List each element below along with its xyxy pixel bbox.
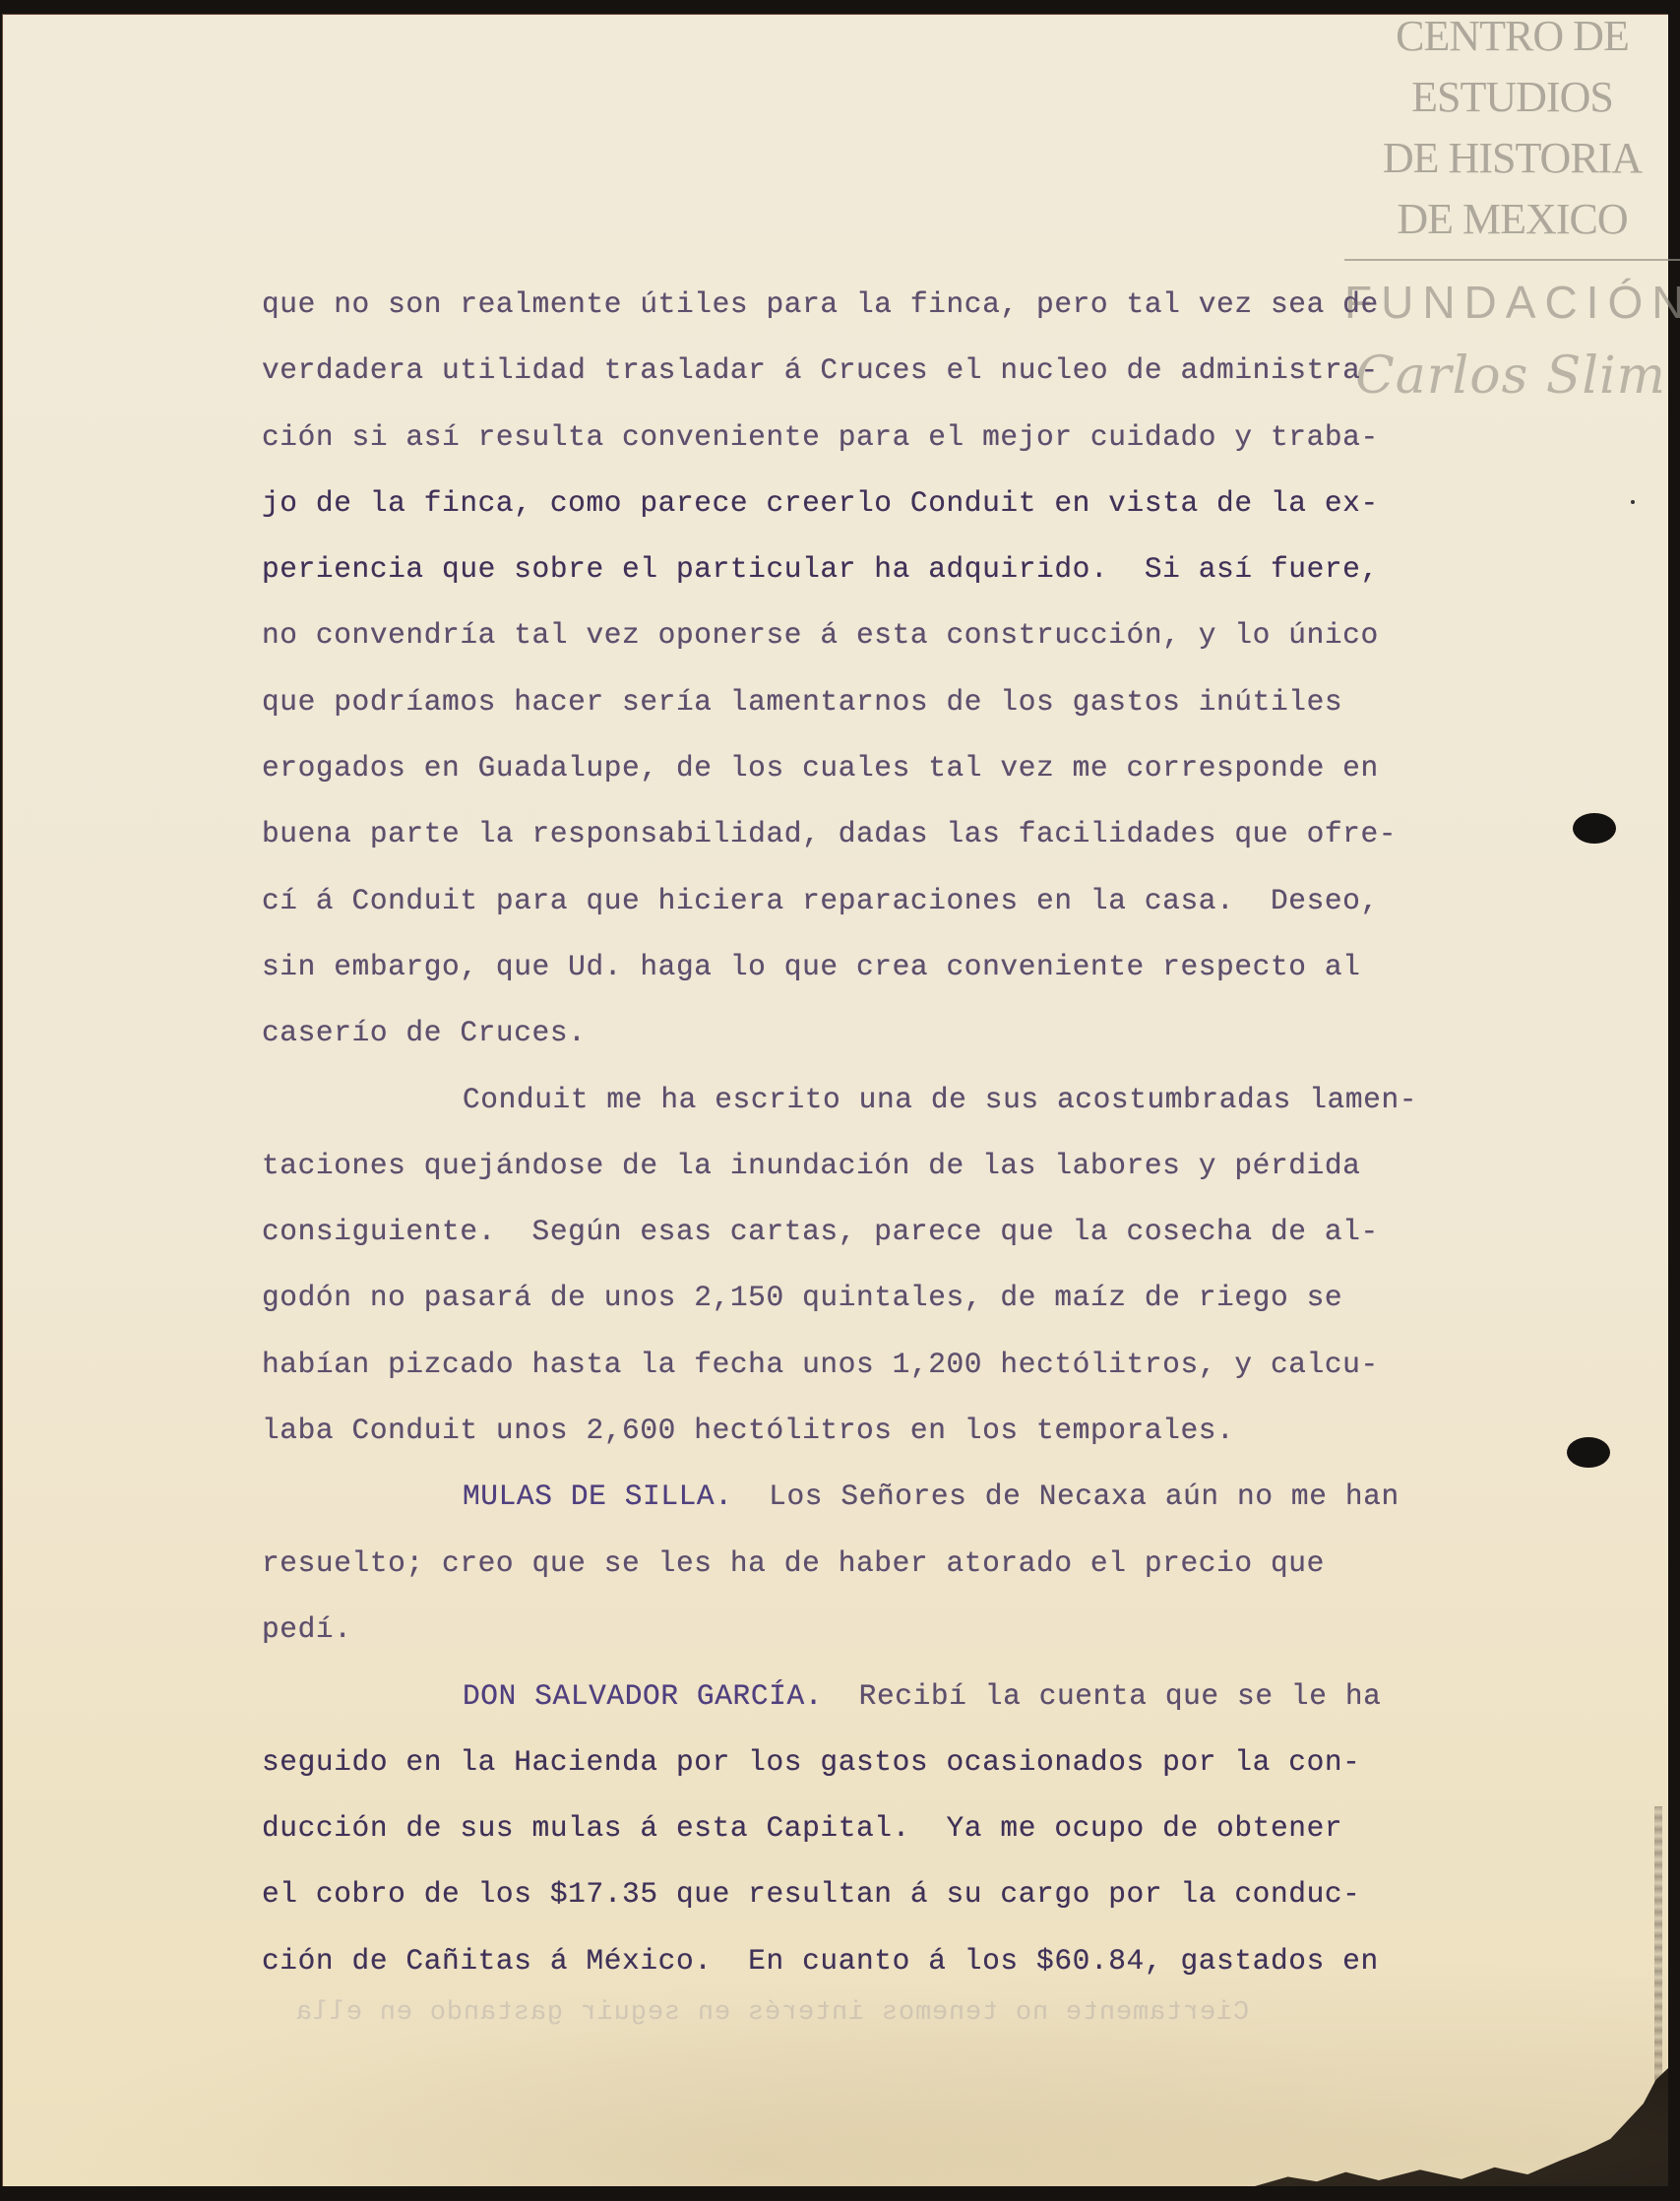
watermark-line-3: DE HISTORIA	[1344, 128, 1680, 189]
text-line: DON SALVADOR GARCÍA. Recibí la cuenta qu…	[262, 1664, 1522, 1729]
watermark-divider	[1344, 259, 1680, 261]
letter-body: que no son realmente útiles para la finc…	[262, 272, 1522, 1994]
text-line: que podríamos hacer sería lamentarnos de…	[262, 669, 1522, 735]
text-line: buena parte la responsabilidad, dadas la…	[262, 801, 1522, 867]
heading-continuation: Recibí la cuenta que se le ha	[823, 1679, 1381, 1713]
bleed-through-text: Ciertamente no tenemos interés en seguir…	[295, 1998, 1249, 2028]
text-line: no convendría tal vez oponerse á esta co…	[262, 602, 1522, 668]
paper-speck	[1631, 500, 1635, 504]
text-line: que no son realmente útiles para la finc…	[262, 272, 1522, 338]
paragraph-1: que no son realmente útiles para la finc…	[262, 272, 1522, 1067]
torn-corner	[1255, 2068, 1668, 2186]
text-line: taciones quejándose de la inundación de …	[262, 1133, 1522, 1199]
paragraph-2: Conduit me ha escrito una de sus acostum…	[262, 1067, 1522, 1465]
watermark-line-1: CENTRO DE	[1344, 6, 1680, 67]
binder-hole-icon	[1573, 813, 1616, 844]
heading-continuation: Los Señores de Necaxa aún no me han	[733, 1479, 1400, 1513]
text-line: periencia que sobre el particular ha adq…	[262, 536, 1522, 602]
text-line: MULAS DE SILLA. Los Señores de Necaxa aú…	[262, 1464, 1522, 1530]
text-line: cí á Conduit para que hiciera reparacion…	[262, 868, 1522, 934]
text-line: consiguiente. Según esas cartas, parece …	[262, 1199, 1522, 1265]
text-line: verdadera utilidad trasladar á Cruces el…	[262, 338, 1522, 404]
text-line: pedí.	[262, 1597, 1522, 1663]
text-line: ción de Cañitas á México. En cuanto á lo…	[262, 1928, 1522, 1994]
text-line: resuelto; creo que se les ha de haber at…	[262, 1531, 1522, 1597]
text-line: jo de la finca, como parece creerlo Cond…	[262, 471, 1522, 536]
text-line: el cobro de los $17.35 que resultan á su…	[262, 1861, 1522, 1927]
text-line: seguido en la Hacienda por los gastos oc…	[262, 1729, 1522, 1795]
binder-hole-icon	[1567, 1437, 1610, 1468]
text-line: godón no pasará de unos 2,150 quintales,…	[262, 1265, 1522, 1331]
archive-watermark: CENTRO DE ESTUDIOS DE HISTORIA DE MEXICO…	[1344, 0, 1680, 250]
paragraph-mulas-de-silla: MULAS DE SILLA. Los Señores de Necaxa aú…	[262, 1464, 1522, 1663]
text-line: Conduit me ha escrito una de sus acostum…	[262, 1067, 1522, 1133]
watermark-line-4: DE MEXICO	[1344, 189, 1680, 250]
text-line: ción si así resulta conveniente para el …	[262, 405, 1522, 471]
text-line: caserío de Cruces.	[262, 1000, 1522, 1066]
section-heading: MULAS DE SILLA.	[463, 1479, 733, 1513]
text-line: habían pizcado hasta la fecha unos 1,200…	[262, 1332, 1522, 1398]
text-line: erogados en Guadalupe, de los cuales tal…	[262, 735, 1522, 801]
text-line: ducción de sus mulas á esta Capital. Ya …	[262, 1795, 1522, 1861]
paragraph-don-salvador-garcia: DON SALVADOR GARCÍA. Recibí la cuenta qu…	[262, 1664, 1522, 1994]
text-line: laba Conduit unos 2,600 hectólitros en l…	[262, 1398, 1522, 1464]
text-line: sin embargo, que Ud. haga lo que crea co…	[262, 934, 1522, 1000]
watermark-line-2: ESTUDIOS	[1344, 67, 1680, 128]
section-heading: DON SALVADOR GARCÍA.	[463, 1679, 823, 1713]
